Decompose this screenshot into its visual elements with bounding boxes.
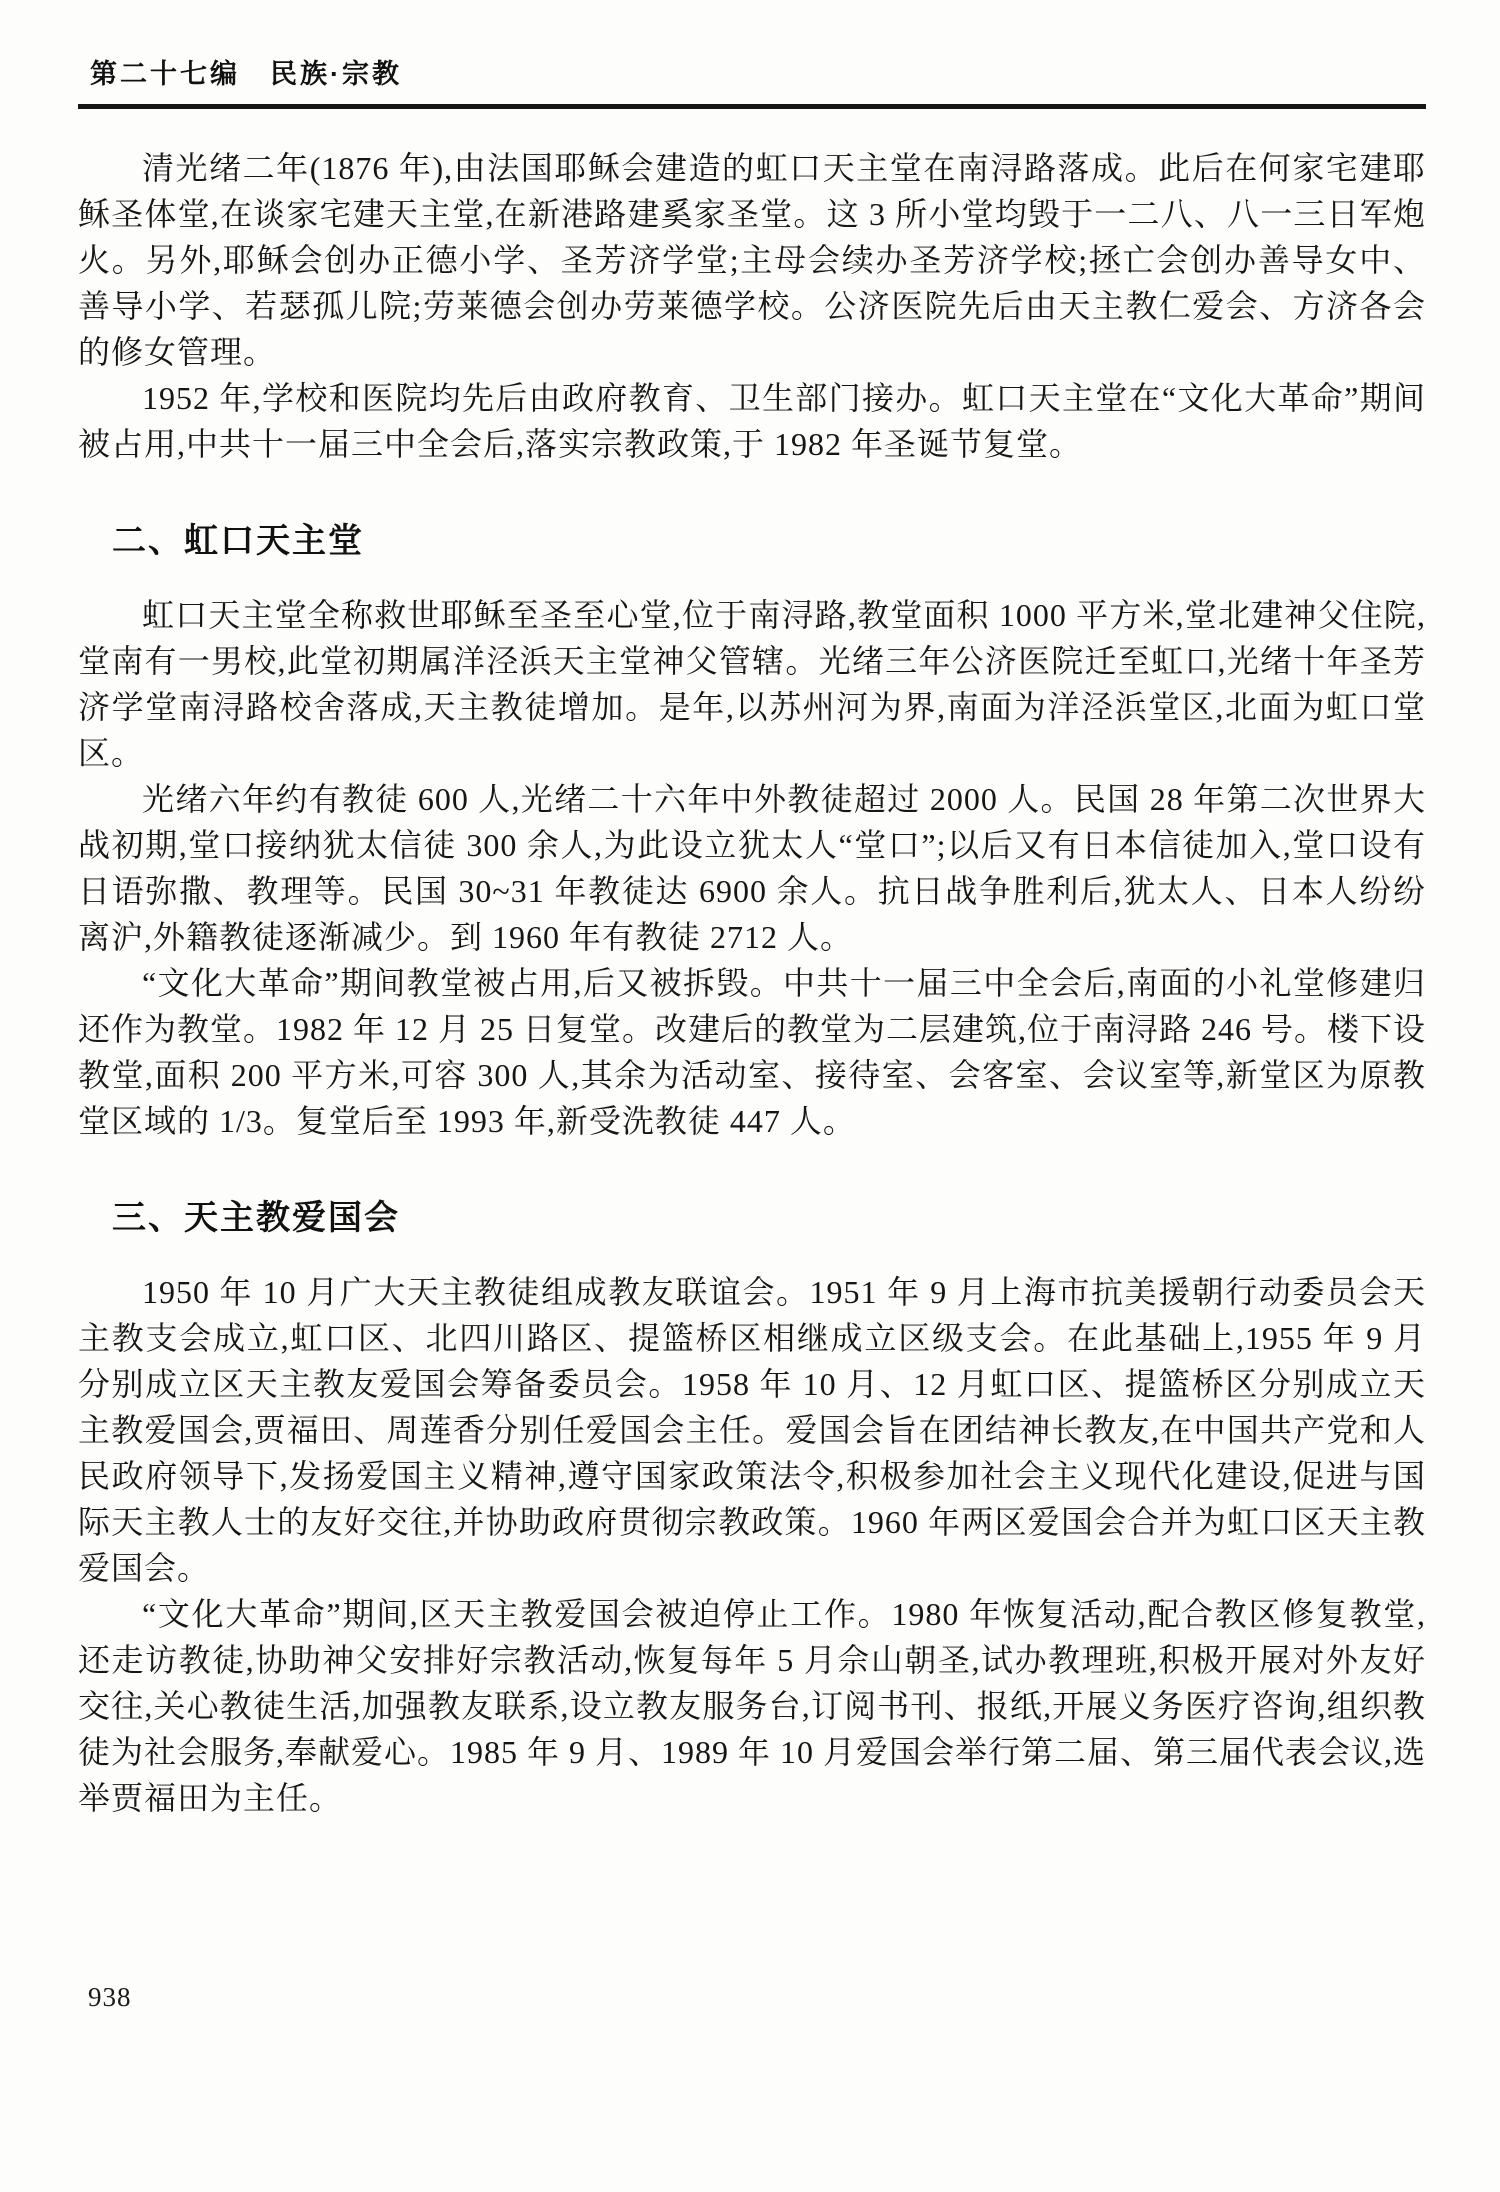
header-rule bbox=[78, 104, 1426, 109]
intro-paragraph-1: 清光绪二年(1876 年),由法国耶稣会建造的虹口天主堂在南浔路落成。此后在何家… bbox=[78, 145, 1426, 375]
section-heading-hongkou-cathedral: 二、虹口天主堂 bbox=[78, 513, 1426, 562]
section2-paragraph-1: 虹口天主堂全称救世耶稣至圣至心堂,位于南浔路,教堂面积 1000 平方米,堂北建… bbox=[78, 592, 1426, 776]
page-body: 清光绪二年(1876 年),由法国耶稣会建造的虹口天主堂在南浔路落成。此后在何家… bbox=[78, 145, 1426, 1821]
page-header: 第二十七编 民族·宗教 bbox=[78, 52, 1426, 109]
page-number: 938 bbox=[88, 1982, 132, 2013]
section3-paragraph-1: 1950 年 10 月广大天主教徒组成教友联谊会。1951 年 9 月上海市抗美… bbox=[78, 1269, 1426, 1591]
section2-paragraph-3: “文化大革命”期间教堂被占用,后又被拆毁。中共十一届三中全会后,南面的小礼堂修建… bbox=[78, 960, 1426, 1144]
section3-paragraph-2: “文化大革命”期间,区天主教爱国会被迫停止工作。1980 年恢复活动,配合教区修… bbox=[78, 1591, 1426, 1821]
book-page: 第二十七编 民族·宗教 清光绪二年(1876 年),由法国耶稣会建造的虹口天主堂… bbox=[0, 0, 1500, 2192]
section-heading-patriotic-association: 三、天主教爱国会 bbox=[78, 1190, 1426, 1239]
section2-paragraph-2: 光绪六年约有教徒 600 人,光绪二十六年中外教徒超过 2000 人。民国 28… bbox=[78, 776, 1426, 960]
intro-paragraph-2: 1952 年,学校和医院均先后由政府教育、卫生部门接办。虹口天主堂在“文化大革命… bbox=[78, 375, 1426, 467]
chapter-title: 第二十七编 民族·宗教 bbox=[78, 52, 1426, 91]
